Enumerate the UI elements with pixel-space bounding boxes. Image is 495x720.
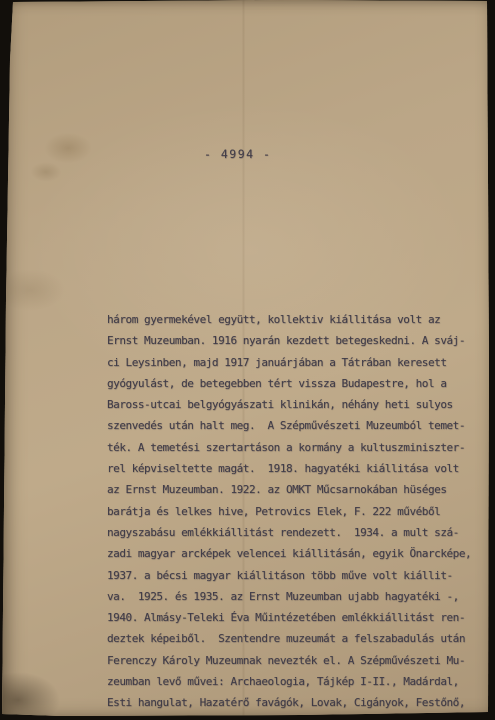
text-line: gyógyulást, de betegebben tért vissza Bu… (107, 373, 479, 394)
text-line: va. 1925. és 1935. az Ernst Muzeumban uj… (107, 586, 479, 607)
text-line: Ernst Muzeumban. 1916 nyarán kezdett bet… (107, 330, 479, 351)
text-line: 1940. Almásy-Teleki Éva Műintézetében em… (107, 607, 479, 628)
text-line: ci Leysinben, majd 1917 januárjában a Tá… (107, 352, 479, 373)
text-line: három gyermekével együtt, kollektiv kiál… (107, 309, 479, 330)
text-line: deztek képeiből. Szentendre muzeumát a f… (107, 628, 479, 649)
text-line: nagyszabásu emlékkiállitást rendezett. 1… (107, 522, 479, 543)
text-line: 1937. a bécsi magyar kiállitáson több mű… (107, 565, 479, 586)
text-line: zadi magyar arcképek velencei kiállitásá… (107, 543, 479, 564)
text-line: az Ernst Muzeumban. 1922. az OMKT Műcsar… (107, 479, 479, 500)
typewritten-text-block: három gyermekével együtt, kollektiv kiál… (107, 309, 479, 714)
text-line: zeumban levő művei: Archaeologia, Tájkép… (107, 671, 479, 692)
text-line: szenvedés után halt meg. A Szépművészeti… (107, 415, 479, 436)
scan-background: { "page": { "page_number": "- 4994 -", "… (0, 0, 495, 720)
text-line: ték. A temetési szertartáson a kormány a… (107, 437, 479, 458)
text-line: Esti hangulat, Hazatérő favágók, Lovak, … (107, 692, 479, 713)
scanned-page: - 4994 - három gyermekével együtt, kolle… (0, 0, 495, 720)
text-line: Baross-utcai belgyógyászati klinikán, né… (107, 394, 479, 415)
text-line: barátja és lelkes hive, Petrovics Elek, … (107, 501, 479, 522)
text-line: Ferenczy Károly Muzeumnak nevezték el. A… (107, 650, 479, 671)
text-line: rel képviseltette magát. 1918. hagyatéki… (107, 458, 479, 479)
page-number: - 4994 - (204, 147, 271, 161)
